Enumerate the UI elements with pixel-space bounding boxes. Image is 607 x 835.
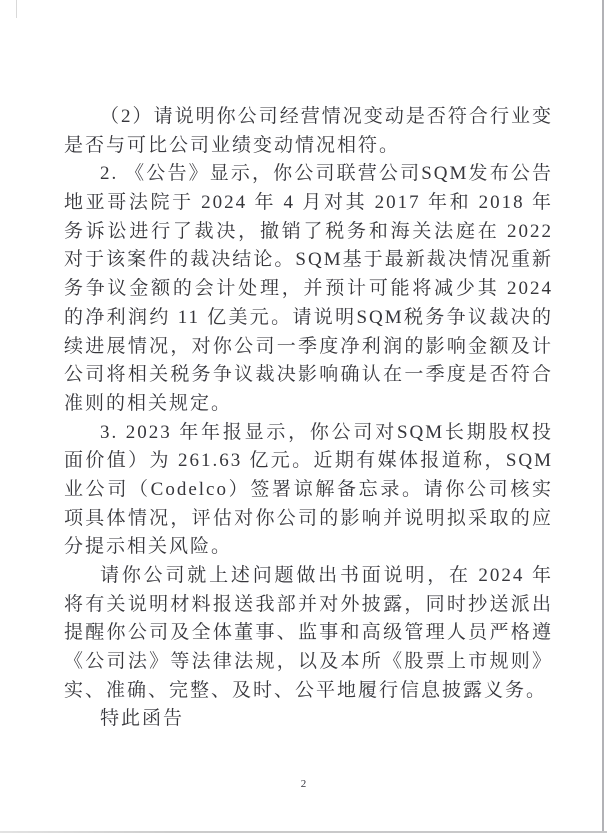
page-number: 2	[0, 778, 607, 790]
document-line: 项具体情况，评估对你公司的影响并说明拟采取的应对措施，充	[64, 505, 553, 534]
page-edge-right	[602, 0, 604, 833]
document-line: 分提示相关风险。	[64, 533, 553, 562]
document-line: 实、准确、完整、及时、公平地履行信息披露义务。	[64, 677, 553, 706]
document-line: 将有关说明材料报送我部并对外披露，同时抄送派出机构。同时，	[64, 591, 553, 620]
document-line: 续进展情况，对你公司一季度净利润的影响金额及计算依据，你	[64, 333, 553, 362]
document-line: 2. 《公告》显示，你公司联营公司SQM发布公告称，智利圣	[64, 160, 553, 189]
document-line: 地亚哥法院于 2024 年 4 月对其 2017 年和 2018 年税务年度的税	[64, 189, 553, 218]
document-line: 请你公司就上述问题做出书面说明，在 2024 年 4 月 26 日前	[64, 562, 553, 591]
scan-edge-artifact	[16, 0, 17, 18]
document-line: 的净利润约 11 亿美元。请说明SQM税务争议裁决的具体情况及后	[64, 304, 553, 333]
document-line: 《公司法》等法律法规，以及本所《股票上市规则》等规定，真	[64, 648, 553, 677]
document-line: 提醒你公司及全体董事、监事和高级管理人员严格遵守《证券法》	[64, 619, 553, 648]
document-page: （2）请说明你公司经营情况变动是否符合行业变动趋势，是否与可比公司业绩变动情况相…	[0, 0, 607, 835]
document-body: （2）请说明你公司经营情况变动是否符合行业变动趋势，是否与可比公司业绩变动情况相…	[64, 103, 553, 734]
document-line: 对于该案件的裁决结论。SQM基于最新裁决情况重新审视所有税	[64, 246, 553, 275]
document-line: 公司将相关税务争议裁决影响确认在一季度是否符合企业会计	[64, 361, 553, 390]
document-lines: （2）请说明你公司经营情况变动是否符合行业变动趋势，是否与可比公司业绩变动情况相…	[64, 103, 553, 734]
document-line: （2）请说明你公司经营情况变动是否符合行业变动趋势，	[64, 103, 553, 132]
document-line: 务诉讼进行了裁决，撤销了税务和海关法庭在 2022 年 11 月 7 日	[64, 218, 553, 247]
document-line: 3. 2023 年年报显示，你公司对SQM长期股权投资期末余额（账	[64, 419, 553, 448]
document-line: 业公司（Codelco）签署谅解备忘录。请你公司核实说明相关事	[64, 476, 553, 505]
page-edge-bottom	[0, 831, 607, 833]
document-line: 务争议金额的会计处理，并预计可能将减少其 2024 年第一季度	[64, 275, 553, 304]
document-line: 特此函告	[64, 705, 553, 734]
document-line: 面价值）为 261.63 亿元。近期有媒体报道称，SQM与智利国家铜	[64, 447, 553, 476]
document-line: 是否与可比公司业绩变动情况相符。	[64, 132, 553, 161]
document-line: 准则的相关规定。	[64, 390, 553, 419]
